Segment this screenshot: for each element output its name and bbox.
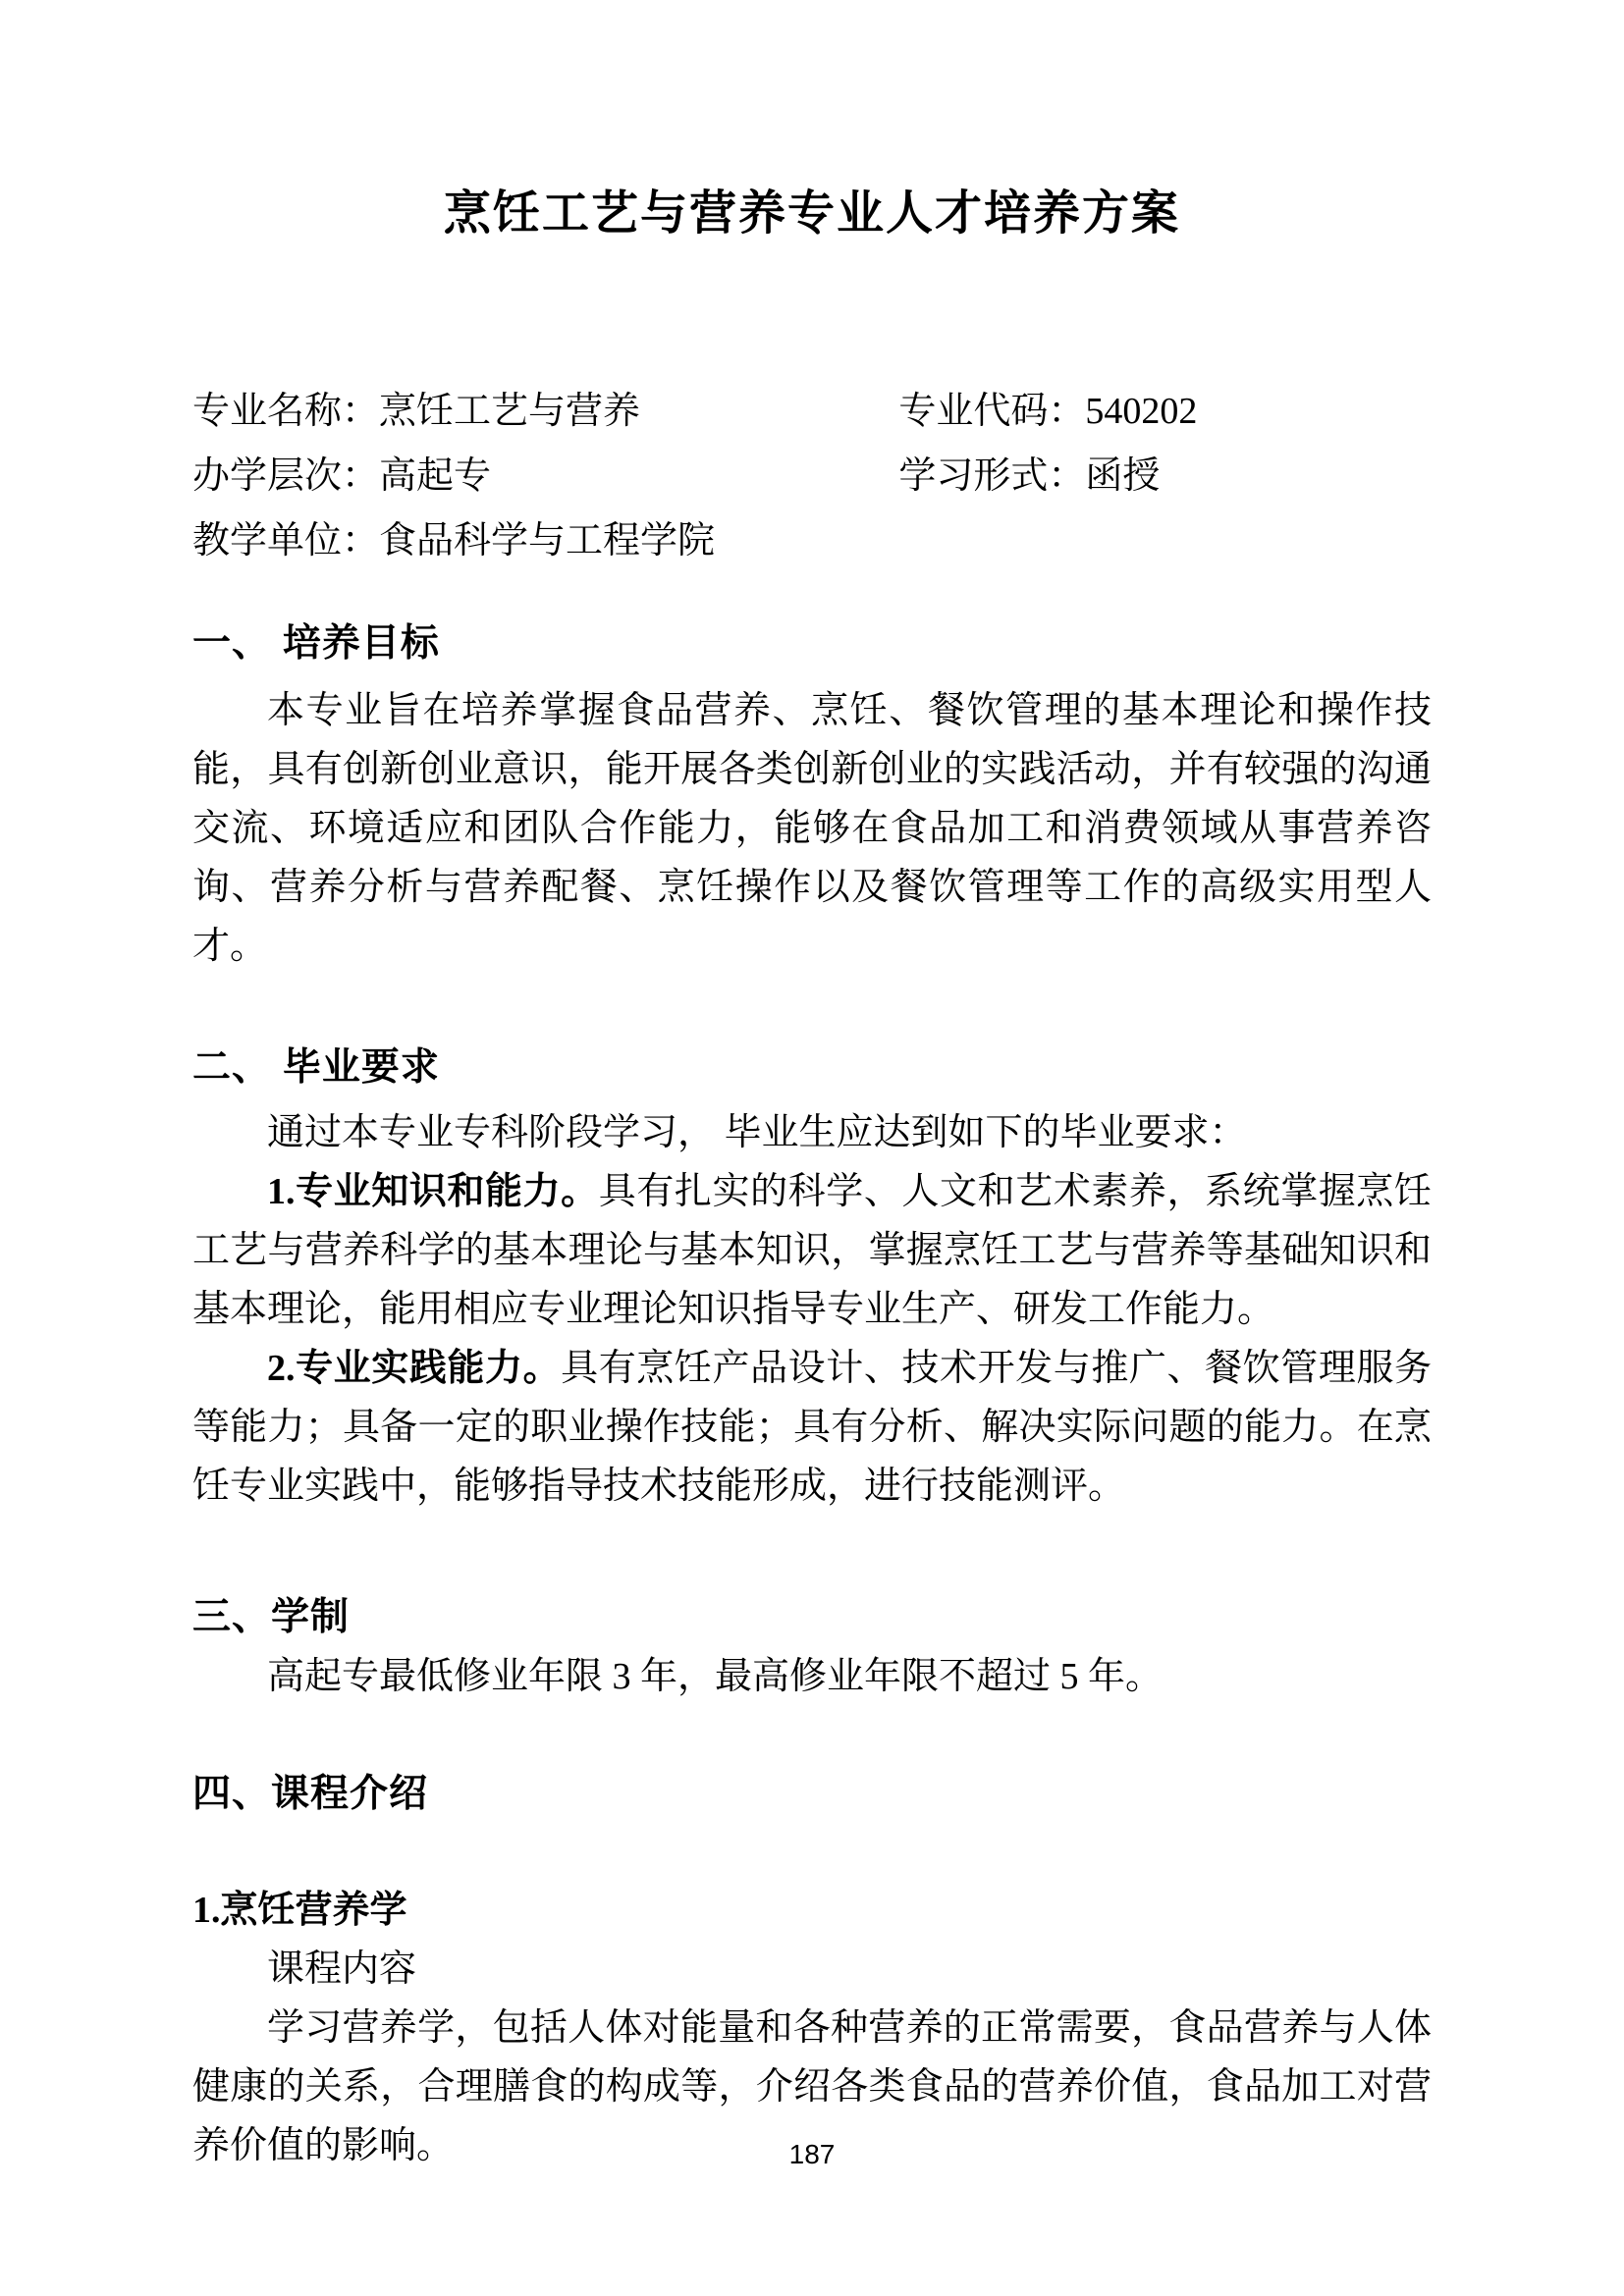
paragraph-lead: 1.专业知识和能力。 — [267, 1171, 599, 1212]
paragraph: 本专业旨在培养掌握食品营养、烹饪、餐饮管理的基本理论和操作技能，具有创新创业意识… — [192, 681, 1432, 976]
section-study-duration: 三、学制 高起专最低修业年限 3 年，最高修业年限不超过 5 年。 — [192, 1588, 1432, 1706]
section-training-objectives: 一、 培养目标 本专业旨在培养掌握食品营养、烹饪、餐饮管理的基本理论和操作技能，… — [192, 614, 1432, 976]
course-name: 1.烹饪营养学 — [192, 1881, 1432, 1940]
info-cell-major-name: 专业名称：烹饪工艺与营养 — [192, 379, 898, 444]
section-heading: 二、 毕业要求 — [192, 1039, 1432, 1097]
section-heading: 四、课程介绍 — [192, 1765, 1432, 1824]
info-label: 专业名称： — [192, 391, 379, 432]
paragraph: 高起专最低修业年限 3 年，最高修业年限不超过 5 年。 — [192, 1647, 1432, 1706]
info-row: 办学层次：高起专 学习形式：函授 — [192, 444, 1432, 508]
info-cell-teaching-unit: 教学单位：食品科学与工程学院 — [192, 508, 898, 573]
info-cell-education-level: 办学层次：高起专 — [192, 444, 898, 508]
course-subtitle: 课程内容 — [192, 1940, 1432, 1999]
paragraph: 通过本专业专科阶段学习， 毕业生应达到如下的毕业要求： — [192, 1103, 1432, 1162]
info-cell-empty — [898, 508, 1432, 573]
section-heading: 三、学制 — [192, 1588, 1432, 1647]
section-course-introduction: 四、课程介绍 1.烹饪营养学 课程内容 学习营养学，包括人体对能量和各种营养的正… — [192, 1765, 1432, 2175]
paragraph: 2.专业实践能力。具有烹饪产品设计、技术开发与推广、餐饮管理服务等能力；具备一定… — [192, 1339, 1432, 1516]
program-info-block: 专业名称：烹饪工艺与营养 专业代码：540202 办学层次：高起专 学习形式：函… — [192, 379, 1432, 573]
info-label: 办学层次： — [192, 455, 379, 497]
info-row: 专业名称：烹饪工艺与营养 专业代码：540202 — [192, 379, 1432, 444]
paragraph: 1.专业知识和能力。具有扎实的科学、人文和艺术素养，系统掌握烹饪工艺与营养科学的… — [192, 1162, 1432, 1339]
info-value: 食品科学与工程学院 — [379, 520, 715, 561]
document-page: 烹饪工艺与营养专业人才培养方案 专业名称：烹饪工艺与营养 专业代码：540202… — [0, 0, 1624, 2296]
info-label: 学习形式： — [898, 455, 1085, 497]
info-label: 专业代码： — [898, 391, 1085, 432]
info-row: 教学单位：食品科学与工程学院 — [192, 508, 1432, 573]
info-cell-study-form: 学习形式：函授 — [898, 444, 1432, 508]
paragraph-text: 通过本专业专科阶段学习， 毕业生应达到如下的毕业要求： — [267, 1112, 1247, 1153]
paragraph-text: 本专业旨在培养掌握食品营养、烹饪、餐饮管理的基本理论和操作技能，具有创新创业意识… — [192, 690, 1432, 967]
section-heading: 一、 培养目标 — [192, 614, 1432, 673]
paragraph-lead: 2.专业实践能力。 — [267, 1348, 561, 1389]
info-cell-major-code: 专业代码：540202 — [898, 379, 1432, 444]
section-graduation-requirements: 二、 毕业要求 通过本专业专科阶段学习， 毕业生应达到如下的毕业要求： 1.专业… — [192, 1039, 1432, 1516]
info-value: 函授 — [1085, 455, 1160, 497]
paragraph-text: 高起专最低修业年限 3 年，最高修业年限不超过 5 年。 — [267, 1656, 1163, 1697]
page-number: 187 — [0, 2139, 1624, 2170]
document-title: 烹饪工艺与营养专业人才培养方案 — [192, 0, 1432, 245]
info-value: 高起专 — [379, 455, 491, 497]
info-label: 教学单位： — [192, 520, 379, 561]
info-value: 烹饪工艺与营养 — [379, 391, 640, 432]
info-value: 540202 — [1085, 391, 1197, 432]
